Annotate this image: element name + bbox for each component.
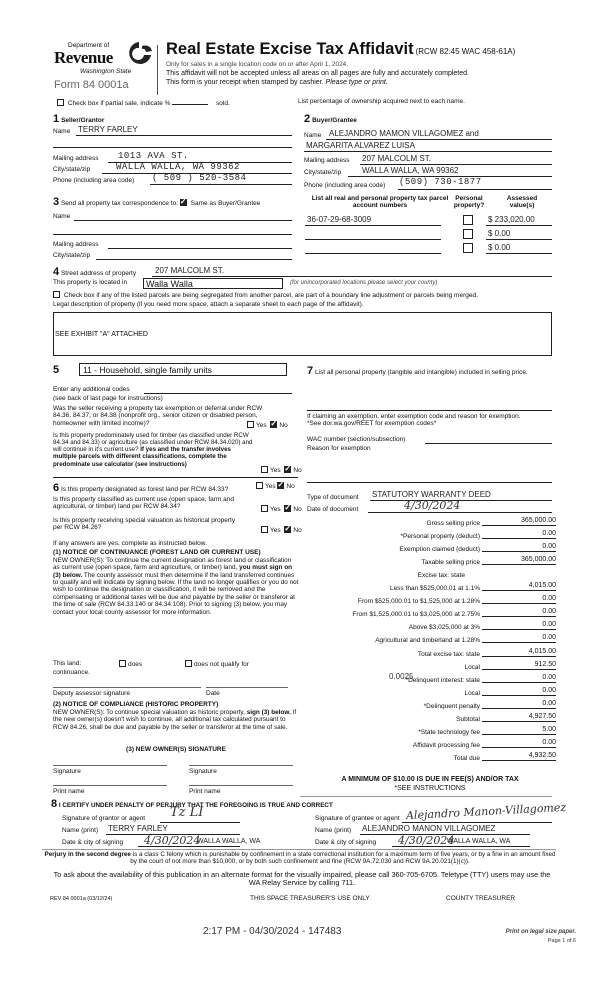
buyer-name-field-2[interactable]: MARGARITA ALVAREZ LUISA (306, 141, 415, 150)
s6-q3-answer: Yes No (261, 526, 302, 534)
s6-q1-no-checkbox[interactable] (277, 482, 284, 489)
perjury-text: is a class C felony which is punishable … (130, 851, 555, 865)
deputy-signature-field[interactable] (53, 687, 201, 688)
same-as-buyer-checkbox[interactable] (180, 199, 187, 206)
yes-label: Yes (270, 527, 281, 534)
tax-label: Above $3,025,000 at 3% (409, 624, 480, 631)
this-land-label: This land: (53, 660, 81, 667)
tax-value-field[interactable]: 0.00 (482, 687, 556, 696)
section-7-label: 7 List all personal property (tangible a… (307, 365, 553, 378)
tax-row: Agricultural and timberland at 1.28% 0.0… (300, 634, 560, 644)
partial-sale-label: Check box if partial sale, indicate % (68, 100, 171, 107)
notice-2-text-bold: sign (3) below. (247, 709, 291, 716)
tax-row: From $525,000.01 to $1,525,000 at 1.28% … (300, 595, 560, 605)
s6-q2-yes-checkbox[interactable] (261, 505, 268, 512)
dor-logo: Department of Revenue Washington State F… (52, 40, 162, 100)
section-8-number: 8 (51, 798, 57, 810)
personal-property-checkbox[interactable] (463, 215, 473, 225)
correspondence-label: Send all property tax correspondence to: (61, 200, 178, 207)
segregated-label: Check box if any of the listed parcels a… (64, 292, 478, 299)
additional-codes-label: Enter any additional codes (53, 386, 130, 393)
tax-label: *Personal property (deduct) (401, 533, 481, 540)
grantor-date-label: Date & city of signing (62, 839, 123, 846)
s5-q2-yes-checkbox[interactable] (261, 466, 268, 473)
land-does-checkbox[interactable] (119, 660, 126, 667)
dor-swirl-icon (124, 40, 154, 66)
tax-value-field[interactable]: 0.00 (482, 608, 556, 617)
corr-mailing-field[interactable] (108, 248, 292, 249)
s6-q2-no-checkbox[interactable] (284, 505, 291, 512)
subtitle-1: Only for sales in a single location code… (166, 61, 348, 68)
tax-label: *State technology fee (418, 729, 480, 736)
tax-label: Exemption claimed (deduct) (399, 546, 480, 553)
corr-city-field[interactable] (96, 259, 292, 260)
form-title-ref: (RCW 82.45 WAC 458-61A) (416, 47, 516, 56)
deputy-date-field[interactable] (206, 687, 288, 688)
tax-row: Excise tax: state (300, 569, 560, 579)
buyer-phone-field[interactable]: (509) 730-1877 (399, 177, 482, 187)
cashier-stamp: 2:17 PM - 04/30/2024 - 147483 (203, 926, 341, 938)
does-not-label: does not qualify for (194, 661, 249, 668)
buyer-name-field-1[interactable]: ALEJANDRO MAMON VILLAGOMEZ and (329, 129, 479, 138)
buyer-name-label: Name (304, 132, 321, 139)
tax-value-field[interactable]: 5.00 (482, 726, 556, 735)
grantee-sig-label: Signature of grantee or agent (315, 815, 400, 822)
tax-label: Taxable selling price (421, 559, 480, 566)
tax-label: From $1,525,000.01 to $3,025,000 at 2.75… (352, 611, 480, 618)
yes-label: Yes (270, 467, 281, 474)
tax-value-field[interactable]: 365,000.00 (482, 556, 556, 565)
located-label: This property is located in (53, 279, 127, 286)
s6-q1-yes-checkbox[interactable] (256, 482, 263, 489)
print-name-2-label: Print name (189, 788, 220, 795)
grantee-date-label: Date & city of signing (315, 839, 376, 846)
personal-property-field[interactable] (307, 410, 552, 411)
s6-if-any: If any answers are yes, complete as inst… (53, 540, 207, 547)
seller-city-label: City/state/zip (53, 166, 90, 173)
legal-description-box[interactable]: SEE EXHIBIT "A" ATTACHED (53, 312, 552, 356)
grantor-name-label: Name (print) (62, 827, 98, 834)
county-treasurer: COUNTY TREASURER (446, 895, 515, 902)
notice-2-title: (2) NOTICE OF COMPLIANCE (HISTORIC PROPE… (53, 701, 218, 708)
continuance-label: continuance. (53, 669, 90, 676)
local-rate: 0.0025 (389, 672, 413, 681)
personal-property-checkbox[interactable] (463, 229, 473, 239)
header-divider (157, 45, 158, 95)
tax-value-field[interactable]: 0.00 (482, 700, 556, 709)
s6-q2-answer: Yes No (261, 505, 302, 513)
s6-q3-no-checkbox[interactable] (284, 526, 291, 533)
seller-name-label: Name (53, 128, 70, 135)
additional-codes-note: (see back of last page for instructions) (53, 395, 163, 402)
tax-value-field[interactable]: 0.00 (482, 674, 556, 683)
yes-label: Yes (256, 422, 267, 429)
s6-q2-text: Is this property classified as current u… (53, 496, 243, 511)
grantor-name-field[interactable]: TERRY FARLEY (108, 824, 168, 833)
tax-label: Excise tax: state (418, 572, 465, 579)
s6-q3-yes-checkbox[interactable] (261, 526, 268, 533)
print-legal-note: Print on legal size paper. (506, 929, 576, 936)
buyer-city-field[interactable]: WALLA WALLA, WA 99362 (362, 166, 459, 175)
s6-q1-row: 6 Is this property designated as forest … (53, 482, 228, 495)
tax-row: Affidavit processing fee 0.00 (300, 739, 560, 749)
owner-signature-1-field[interactable] (53, 765, 167, 766)
use-code-select[interactable]: 11 - Household, single family units (79, 363, 287, 376)
personal-property-label: List all personal property (tangible and… (315, 369, 528, 376)
tax-label: Gross selling price (427, 520, 480, 527)
tax-value-field[interactable]: 4,015.00 (482, 648, 556, 657)
grantor-city-field[interactable]: WALLA WALLA, WA (197, 838, 260, 846)
buyer-mailing-label: Mailing address (304, 157, 350, 164)
section-5-number: 5 (53, 364, 59, 377)
signature-1-label: Signature (53, 768, 81, 775)
notice-2-body: NEW OWNER(S): To continue special valuat… (53, 709, 299, 731)
grantor-sig-label: Signature of grantor or agent (62, 815, 145, 822)
buyer-title: Buyer/Grantee (312, 117, 357, 124)
tax-value-field[interactable]: 4,015.00 (482, 582, 556, 591)
section-2-number: 2 (304, 113, 310, 125)
no-label: No (286, 483, 294, 490)
notice-2-text-a: NEW OWNER(S): To continue special valuat… (53, 709, 245, 716)
partial-sale-row: Check box if partial sale, indicate % so… (57, 98, 230, 107)
tax-value-field[interactable]: 4,932.50 (482, 752, 556, 761)
tax-label: Less than $525,000.01 at 1.1% (390, 585, 480, 592)
same-as-buyer-label: Same as Buyer/Grantee (191, 200, 261, 207)
tax-row: *Delinquent penalty 0.00 (300, 700, 560, 710)
page-indicator: Page 1 of 6 (548, 938, 576, 944)
revenue-wordmark: Revenue (54, 48, 113, 68)
legal-description-text: SEE EXHIBIT "A" ATTACHED (55, 331, 148, 339)
partial-sale-sold-label: sold. (216, 100, 230, 107)
subtitle-3: This form is your receipt when stamped b… (166, 79, 388, 87)
s6-q1-text: Is this property designated as forest la… (61, 486, 228, 493)
grantor-signature[interactable]: Tz LI (170, 806, 203, 821)
tax-value-field[interactable]: 0.00 (482, 621, 556, 630)
seller-title: Seller/Grantor (61, 117, 104, 124)
owner-signature-2-field[interactable] (189, 765, 293, 766)
signature-2-label: Signature (189, 768, 217, 775)
subtitle-3-plain: This form is your receipt when stamped b… (166, 79, 324, 86)
tax-value-field[interactable]: 4,927.50 (482, 713, 556, 722)
form-title: Real Estate Excise Tax Affidavit (166, 40, 414, 58)
buyer-city-label: City/state/zip (304, 169, 341, 176)
tax-row: Total excise tax: state 4,015.00 (300, 648, 560, 658)
form-title-row: Real Estate Excise Tax Affidavit (RCW 82… (166, 40, 515, 59)
located-note: (for unincorporated locations please sel… (290, 280, 437, 287)
segregated-checkbox[interactable] (53, 291, 60, 298)
no-label: No (279, 422, 287, 429)
tax-value-field[interactable]: 0.00 (482, 543, 556, 552)
located-select[interactable]: Walla Walla (143, 278, 283, 289)
tax-label: Affidavit processing fee (413, 742, 480, 749)
corr-city-label: City/state/zip (53, 252, 90, 259)
tax-label: From $525,000.01 to $1,525,000 at 1.28% (358, 598, 480, 605)
tax-label: *Delinquent penalty (424, 703, 480, 710)
wac-field[interactable] (425, 443, 552, 444)
tax-row: *State technology fee 5.00 (300, 726, 560, 736)
notice-1-title: (1) NOTICE OF CONTINUANCE (FOREST LAND O… (53, 549, 261, 556)
tax-value-field[interactable]: 0.00 (482, 595, 556, 604)
doc-date-field[interactable]: 4/30/2024 (404, 500, 460, 513)
personal-col-header: Personal property? (448, 195, 490, 210)
no-label: No (293, 506, 301, 513)
tax-row: Above $3,025,000 at 3% 0.00 (300, 621, 560, 631)
see-instructions: *SEE INSTRUCTIONS (300, 785, 560, 793)
section-7-number: 7 (307, 365, 313, 377)
tax-value-field[interactable]: 365,000.00 (482, 517, 556, 526)
grantee-name-field[interactable]: ALEJANDRO MANON VILLAGOMEZ (362, 824, 495, 833)
parcel-number-field[interactable]: 36-07-29-68-3009 (307, 215, 371, 224)
tax-row: Less than $525,000.01 at 1.1% 4,015.00 (300, 582, 560, 592)
seller-heading: 1 Seller/Grantor (53, 113, 104, 126)
s5-q1-no-checkbox[interactable] (270, 421, 277, 428)
subtitle-3-italic: Please type or print. (326, 79, 388, 86)
street-field[interactable]: 207 MALCOLM ST. (155, 266, 224, 275)
grantee-signature[interactable]: Alejandro Manon-Villagomez (406, 802, 567, 823)
doc-date-label: Date of document (307, 506, 358, 513)
seller-city-field[interactable]: WALLA WALLA, WA 99362 (116, 162, 240, 172)
corr-name-field[interactable] (74, 220, 292, 221)
corr-mailing-label: Mailing address (53, 241, 99, 248)
tax-row: From $1,525,000.01 to $3,025,000 at 2.75… (300, 608, 560, 618)
notice-1-body: NEW OWNER(S): To continue the current de… (53, 557, 299, 616)
assessed-col-header: Assessed value(s) (498, 195, 546, 210)
personal-property-checkbox[interactable] (463, 243, 473, 253)
owner-print-1-field[interactable] (53, 785, 167, 786)
state-label: Washington State (80, 68, 131, 75)
perjury-bold: Perjury in the second degree (45, 851, 131, 858)
s5-q2-answer: Yes No (261, 466, 302, 474)
tax-label: Total due (454, 755, 480, 762)
does-label: does (128, 661, 142, 668)
seller-name-field[interactable]: TERRY FARLEY (78, 125, 138, 134)
seller-phone-field[interactable]: ( 509 ) 520-3584 (152, 173, 246, 183)
correspondence-row: 3 Send all property tax correspondence t… (53, 196, 260, 209)
no-label: No (293, 467, 301, 474)
tax-label: Agricultural and timberland at 1.28% (375, 637, 480, 644)
segregated-row: Check box if any of the listed parcels a… (53, 291, 478, 299)
section-3-number: 3 (53, 196, 59, 208)
yes-label: Yes (270, 506, 281, 513)
rev-number: REV 84 0001a (03/12/24) (50, 896, 112, 902)
treasurer-use: THIS SPACE TREASURER'S USE ONLY (250, 895, 370, 902)
doc-type-label: Type of document (307, 494, 359, 501)
s5-q2-no-checkbox[interactable] (284, 466, 291, 473)
land-does-not-checkbox[interactable] (185, 660, 192, 667)
tax-label: *Delinquent interest: state (406, 677, 480, 684)
deputy-date-label: Date (206, 690, 220, 697)
tax-row: *Personal property (deduct) 0.00 (300, 530, 560, 540)
ownership-note: List percentage of ownership acquired ne… (298, 98, 465, 105)
tax-row: Subtotal 4,927.50 (300, 713, 560, 723)
s5-q2-text: Is this property predominately used for … (53, 432, 253, 468)
buyer-mailing-field[interactable]: 207 MALCOLM ST. (362, 154, 431, 163)
tax-value-field[interactable]: 0.00 (482, 530, 556, 539)
grantee-name-label: Name (print) (315, 827, 351, 834)
land-does-option: does (119, 660, 142, 668)
legal-label: Legal description of property (if you ne… (53, 301, 364, 308)
tax-label: Local (464, 690, 480, 697)
tax-row: Taxable selling price 365,000.00 (300, 556, 560, 566)
deputy-sig-label: Deputy assessor signature (53, 690, 130, 697)
owner-print-2-field[interactable] (189, 785, 293, 786)
buyer-phone-label: Phone (including area code) (304, 182, 385, 189)
parcel-col-header: List all real and personal property tax … (310, 195, 450, 210)
exemption-label: If claiming an exemption, enter exemptio… (307, 413, 532, 428)
seller-mailing-field[interactable]: 1013 AVA ST. (118, 151, 189, 161)
reason-label: Reason for exemption (307, 445, 371, 452)
s6-q3-text: Is this property receiving special valua… (53, 517, 243, 532)
corr-name-label: Name (53, 213, 70, 220)
grantee-city-field[interactable]: WALLA WALLA, WA (447, 838, 510, 846)
street-label: Street address of property (61, 270, 136, 277)
s5-q1-yes-checkbox[interactable] (247, 421, 254, 428)
s5-q1-text: Was the seller receiving a property tax … (53, 405, 268, 427)
print-name-1-label: Print name (53, 788, 84, 795)
tax-row: Local 912.50 (300, 661, 560, 671)
subtitle-2: This affidavit will not be accepted unle… (166, 70, 469, 78)
s6-q1-answer: Yes No (256, 482, 295, 490)
reason-field[interactable] (307, 482, 552, 483)
doc-type-field[interactable]: STATUTORY WARRANTY DEED (372, 490, 491, 499)
assessed-value-field[interactable]: $ 0.00 (488, 243, 510, 252)
s5-q1-answer: Yes No (247, 421, 288, 429)
form-number: Form 84 0001a (54, 79, 129, 92)
tax-value-field[interactable]: 0.00 (482, 634, 556, 643)
yes-label: Yes (265, 483, 276, 490)
assessed-value-field[interactable]: $ 233,020.00 (488, 215, 535, 224)
perjury-notice: Perjury in the second degree is a class … (42, 851, 558, 865)
tax-label: Local (464, 664, 480, 671)
tax-row: *Delinquent interest: state 0.00 (300, 674, 560, 684)
tax-label: Total excise tax: state (418, 651, 480, 658)
tax-value-field[interactable]: 0.00 (482, 739, 556, 748)
land-does-not-option: does not qualify for (185, 660, 249, 668)
notice-3-title: (3) NEW OWNER(S) SIGNATURE (53, 746, 299, 753)
partial-sale-percent-field[interactable] (172, 98, 208, 105)
additional-codes-field[interactable] (144, 393, 292, 394)
minimum-note: A MINIMUM OF $10.00 IS DUE IN FEE(S) AND… (300, 776, 560, 784)
buyer-heading: 2 Buyer/Grantee (304, 113, 357, 126)
notice-1-text-b: The county assessor must then determine … (53, 572, 299, 616)
assessed-value-field[interactable]: $ 0.00 (488, 229, 510, 238)
section-4-number: 4 (53, 266, 59, 278)
seller-mailing-label: Mailing address (53, 155, 99, 162)
alt-format-notice: To ask about the availability of this pu… (52, 871, 552, 886)
tax-row: Gross selling price 365,000.00 (300, 517, 560, 527)
tax-row: Total due 4,932.50 (300, 752, 560, 762)
section-1-number: 1 (53, 113, 59, 125)
section-6-number: 6 (53, 482, 59, 494)
tax-label: Subtotal (456, 716, 480, 723)
tax-row: Local 0.00 (300, 687, 560, 697)
seller-phone-label: Phone (including area code) (53, 177, 134, 184)
tax-value-field[interactable]: 912.50 (482, 661, 556, 670)
wac-label: WAC number (section/subsection) (307, 436, 405, 443)
street-row: 4 Street address of property (53, 266, 136, 279)
tax-row: Exemption claimed (deduct) 0.00 (300, 543, 560, 553)
partial-sale-checkbox[interactable] (57, 99, 64, 106)
